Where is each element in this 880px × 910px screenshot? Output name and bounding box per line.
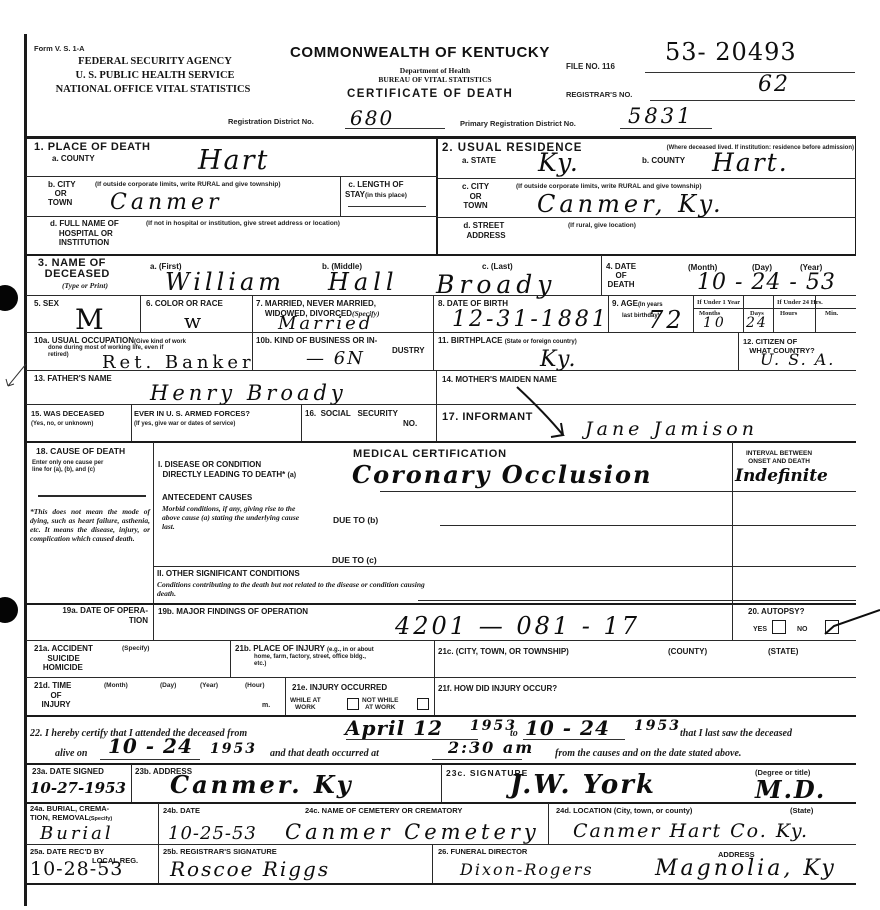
not-while-at-work-checkbox[interactable] xyxy=(417,698,429,710)
rule-cause-a xyxy=(380,491,856,492)
cert-line2-mid: and that death occurred at xyxy=(270,749,379,759)
agency-line-1: FEDERAL SECURITY AGENCY xyxy=(50,56,260,68)
name-note: (Type or Print) xyxy=(62,281,108,291)
armed-forces-label-2: EVER IN U. S. ARMED FORCES? xyxy=(134,409,250,419)
date-signed-value[interactable]: 10-27-1953 xyxy=(30,779,126,797)
residence-county-value[interactable]: Hart. xyxy=(712,148,789,177)
divider-21d xyxy=(285,678,286,715)
divider-hours xyxy=(773,296,774,332)
length-of-stay-label: c. LENGTH OFSTAY(in this place) xyxy=(345,180,407,201)
primary-district-label: Primary Registration District No. xyxy=(460,120,576,128)
rule-other-conditions xyxy=(418,600,856,601)
divider-marital xyxy=(433,296,434,370)
residence-state-value[interactable]: Ky. xyxy=(538,148,580,177)
divider-armed-1 xyxy=(131,405,132,441)
divider-24c xyxy=(548,803,549,844)
other-conditions-label: II. OTHER SIGNIFICANT CONDITIONS xyxy=(157,569,300,579)
interval-label: INTERVAL BETWEENONSET AND DEATH xyxy=(746,450,812,465)
hospital-label: d. FULL NAME OF HOSPITAL OR INSTITUTION xyxy=(50,219,119,248)
rule-footnote-dash xyxy=(38,495,146,497)
burial-date-value[interactable]: 10-25-53 xyxy=(168,823,257,844)
divider-race xyxy=(252,296,253,332)
registrar-signature-label: 25b. REGISTRAR'S SIGNATURE xyxy=(163,847,277,857)
agency-line-2: U. S. PUBLIC HEALTH SERVICE xyxy=(38,70,272,82)
divider-23a xyxy=(131,764,132,802)
divider-date-of-death xyxy=(601,255,602,295)
cemetery-value[interactable]: Canmer Cemetery xyxy=(285,820,540,844)
degree-value[interactable]: M.D. xyxy=(755,775,826,804)
certificate-title: CERTIFICATE OF DEATH xyxy=(347,89,513,100)
autopsy-yes-checkbox[interactable] xyxy=(772,620,786,634)
rule-bottom xyxy=(26,883,856,885)
under-24-hrs-label: If Under 24 Hrs. xyxy=(777,299,823,307)
birthplace-value[interactable]: Ky. xyxy=(540,347,578,372)
divider-24a xyxy=(158,803,159,883)
bureau: BUREAU OF VITAL STATISTICS xyxy=(345,74,525,86)
accident-label: 21a. ACCIDENT SUICIDE HOMICIDE xyxy=(34,644,93,673)
cert-to-date[interactable]: 10 - 24 xyxy=(525,716,610,740)
cause-label: 18. CAUSE OF DEATH xyxy=(36,446,125,456)
antecedent-label: ANTECEDENT CAUSES xyxy=(162,493,252,503)
margin-arrow-mark xyxy=(2,362,32,392)
other-conditions-note: Conditions contributing to the death but… xyxy=(157,580,427,598)
while-at-work-label: WHILE ATWORK xyxy=(290,697,321,711)
place-of-injury-note: home, farm, factory, street, office bldg… xyxy=(254,654,366,668)
due-to-c-label: DUE TO (c) xyxy=(332,555,377,565)
sex-label: 5. SEX xyxy=(34,299,59,309)
burial-state-label: (State) xyxy=(790,806,813,816)
residence-county-label: b. COUNTY xyxy=(642,156,685,166)
registration-district-label: Registration District No. xyxy=(228,118,314,126)
rule-age-sub xyxy=(693,308,856,309)
autopsy-label: 20. AUTOPSY? xyxy=(748,607,804,617)
while-at-work-checkbox[interactable] xyxy=(347,698,359,710)
funeral-address-value[interactable]: Magnolia, Ky xyxy=(655,856,837,881)
injury-occurred-label: 21e. INJURY OCCURRED xyxy=(292,683,387,693)
residence-street-label: d. STREET ADDRESS xyxy=(462,221,506,240)
cert-time-underline xyxy=(432,759,522,760)
cause-note: Enter only one cause perline for (a), (b… xyxy=(32,460,103,474)
divider-citizen xyxy=(738,333,739,370)
hours-label: Hours xyxy=(780,310,797,318)
file-no-underline xyxy=(645,72,855,73)
rule-1b xyxy=(26,216,438,217)
residence-street-note: (If rural, give location) xyxy=(568,222,636,230)
under-1-year-label: If Under 1 Year xyxy=(697,299,740,307)
informant-arrow xyxy=(515,383,585,453)
informant-value[interactable]: Jane Jamison xyxy=(585,418,758,440)
interval-value[interactable]: Indefinite xyxy=(735,466,828,486)
cert-line1-suffix: that I last saw the deceased xyxy=(680,729,792,739)
divider-25b xyxy=(432,845,433,883)
father-label: 13. FATHER'S NAME xyxy=(34,374,112,384)
divider-days xyxy=(743,296,744,332)
cert-alive-underline xyxy=(100,759,200,760)
divider-21a xyxy=(230,641,231,677)
rule-due-b xyxy=(440,525,856,526)
divider-length-of-stay xyxy=(340,177,341,217)
divider-1-2 xyxy=(436,137,438,254)
armed-forces-note-2: (If yes, give war or dates of service) xyxy=(134,420,235,428)
date-of-death-value[interactable]: 10 - 24 - 53 xyxy=(697,270,836,295)
time-m-label: m. xyxy=(262,702,270,710)
place-county-label: a. COUNTY xyxy=(52,154,95,164)
operation-findings-value[interactable]: 4201 — 081 - 17 xyxy=(395,612,640,640)
time-hour-label: (Hour) xyxy=(245,682,265,690)
rule-operation xyxy=(26,640,856,641)
father-value[interactable]: Henry Broady xyxy=(150,381,347,405)
armed-forces-label-1: 15. WAS DECEASED xyxy=(31,409,104,419)
time-day-label: (Day) xyxy=(160,682,176,690)
divider-autopsy xyxy=(732,604,733,640)
how-injury-label: 21f. HOW DID INJURY OCCUR? xyxy=(438,684,557,694)
middle-name-value[interactable]: Hall xyxy=(328,268,399,296)
burial-location-label: 24d. LOCATION (City, town, or county) xyxy=(556,806,692,816)
burial-date-label: 24b. DATE xyxy=(163,806,200,816)
autopsy-no-checkmark xyxy=(822,608,880,638)
name-label: 3. NAME OF DECEASED xyxy=(34,258,110,280)
cert-alive-date[interactable]: 10 - 24 xyxy=(108,734,193,758)
rule-due-c xyxy=(154,566,856,567)
hospital-note: (If not in hospital or institution, give… xyxy=(146,220,416,228)
punch-hole-top xyxy=(0,285,18,311)
cause-a-value[interactable]: Coronary Occlusion xyxy=(352,460,653,489)
autopsy-no-label: NO xyxy=(797,626,808,634)
place-city-note: (If outside corporate limits, write RURA… xyxy=(95,181,325,189)
divider-23b xyxy=(441,764,442,802)
registrar-no-label: REGISTRAR'S NO. xyxy=(566,91,632,99)
rule-1a xyxy=(26,176,438,177)
state-title: COMMONWEALTH OF KENTUCKY xyxy=(290,44,550,61)
place-of-death-label: 1. PLACE OF DEATH xyxy=(34,142,150,153)
right-border-top xyxy=(855,137,856,254)
days-value[interactable]: 24 xyxy=(746,315,768,331)
primary-district-underline xyxy=(620,128,712,129)
antecedent-note: Morbid conditions, if any, giving rise t… xyxy=(162,504,312,531)
time-month-label: (Month) xyxy=(104,682,128,690)
primary-district-value: 5831 xyxy=(628,104,693,128)
rule-top xyxy=(24,136,856,139)
birthplace-label: 11. BIRTHPLACE (State or foreign country… xyxy=(438,336,577,347)
time-year-label: (Year) xyxy=(200,682,218,690)
injury-location-label: 21c. (CITY, TOWN, OR TOWNSHIP) xyxy=(438,647,569,657)
injury-county-label: (COUNTY) xyxy=(668,647,707,657)
citizen-value[interactable]: U. S. A. xyxy=(760,350,835,369)
time-of-injury-label: 21d. TIME OF INJURY xyxy=(34,681,71,710)
occupation-value[interactable]: Ret. Banker xyxy=(102,352,255,373)
funeral-director-label: 26. FUNERAL DIRECTOR xyxy=(438,847,527,857)
registrar-no-value: 62 xyxy=(758,72,790,97)
disposition-label: 24a. BURIAL, CREMA-TION, REMOVAL(Specify… xyxy=(30,805,112,823)
cert-line2-prefix: alive on xyxy=(55,749,88,759)
file-no-label: FILE NO. 116 xyxy=(566,63,615,71)
place-county-value[interactable]: Hart xyxy=(198,145,269,176)
registrar-no-underline xyxy=(650,100,855,101)
race-value[interactable]: W xyxy=(184,309,203,333)
race-label: 6. COLOR OR RACE xyxy=(146,299,223,309)
injury-state-label: (STATE) xyxy=(768,647,798,657)
rule-after-residence xyxy=(26,254,856,256)
place-city-label: b. CITY ORTOWN xyxy=(48,180,76,207)
operation-findings-label: 19b. MAJOR FINDINGS OF OPERATION xyxy=(158,607,308,617)
medical-certification-title: MEDICAL CERTIFICATION xyxy=(353,449,507,460)
rule-after-24 xyxy=(26,844,856,845)
cert-to-year[interactable]: 1953 xyxy=(634,718,681,734)
rule-2a xyxy=(438,178,856,179)
marital-value[interactable]: Married xyxy=(278,313,373,334)
divider-cause xyxy=(153,442,154,603)
date-signed-label: 23a. DATE SIGNED xyxy=(32,767,104,777)
rule-after-23 xyxy=(26,802,856,804)
form-id: Form V. S. 1-A xyxy=(34,45,85,53)
divider-father-mother xyxy=(436,371,437,441)
accident-note: (Specify) xyxy=(122,645,149,653)
months-value[interactable]: 10 xyxy=(703,315,727,331)
residence-state-label: a. STATE xyxy=(462,156,496,166)
sex-value[interactable]: M xyxy=(75,303,106,336)
divider-armed-2 xyxy=(301,405,302,441)
left-border xyxy=(24,34,27,906)
date-recd-value[interactable]: 10-28-53 xyxy=(30,858,123,880)
dob-value[interactable]: 12-31-1881 xyxy=(452,307,609,332)
registration-district-value: 680 xyxy=(350,106,394,130)
business-value[interactable]: — 6N xyxy=(306,348,365,369)
file-no-value: 53- 20493 xyxy=(665,38,797,66)
agency-line-3: NATIONAL OFFICE VITAL STATISTICS xyxy=(28,84,278,96)
rule-sex xyxy=(26,332,856,333)
divider-operation xyxy=(153,604,154,640)
address-value[interactable]: Canmer. Ky xyxy=(170,770,354,799)
signature-value[interactable]: J.W. York xyxy=(510,770,656,800)
min-label: Min. xyxy=(825,310,838,318)
age-value[interactable]: 72 xyxy=(648,306,685,334)
place-city-value[interactable]: Canmer xyxy=(110,190,223,215)
punch-hole-bottom xyxy=(0,597,18,623)
autopsy-yes-label: YES xyxy=(753,626,767,634)
residence-city-label: c. CITYORTOWN xyxy=(462,182,489,211)
registrar-signature-value[interactable]: Roscoe Riggs xyxy=(170,857,330,881)
cause-footnote: *This does not mean the mode of dying, s… xyxy=(30,507,150,543)
cert-line2-suffix: from the causes and on the date stated a… xyxy=(555,749,741,759)
residence-city-value[interactable]: Canmer, Ky. xyxy=(537,190,725,218)
not-while-at-work-label: NOT WHILEAT WORK xyxy=(362,697,398,711)
first-name-value[interactable]: William xyxy=(165,268,285,296)
length-of-stay-line xyxy=(348,206,426,207)
ssn-label: 16. SOCIAL SECURITYNO. xyxy=(305,409,417,429)
cert-alive-year[interactable]: 1953 xyxy=(210,741,257,757)
rule-21a xyxy=(26,677,856,678)
cemetery-label: 24c. NAME OF CEMETERY OR CREMATORY xyxy=(305,806,462,816)
divider-interval xyxy=(732,442,733,606)
last-name-value[interactable]: Broady xyxy=(436,270,556,299)
divider-under1 xyxy=(693,296,694,332)
cert-from-date[interactable]: April 12 xyxy=(345,716,443,740)
due-to-b-label: DUE TO (b) xyxy=(333,515,378,525)
cert-death-time[interactable]: 2:30 am xyxy=(448,738,534,757)
disease-label: I. DISEASE OR CONDITION DIRECTLY LEADING… xyxy=(158,460,296,481)
armed-forces-note-1: (Yes, no, or unknown) xyxy=(31,420,93,428)
divider-21b xyxy=(434,641,435,715)
burial-location-value[interactable]: Canmer Hart Co. Ky. xyxy=(573,820,809,842)
date-of-death-label: 4. DATEOFDEATH xyxy=(606,262,636,289)
divider-sex xyxy=(140,296,141,332)
operation-date-label: 19a. DATE OF OPERA-TION xyxy=(34,606,148,626)
disposition-value[interactable]: Burial xyxy=(40,823,114,844)
funeral-director-value[interactable]: Dixon-Rogers xyxy=(460,860,594,879)
